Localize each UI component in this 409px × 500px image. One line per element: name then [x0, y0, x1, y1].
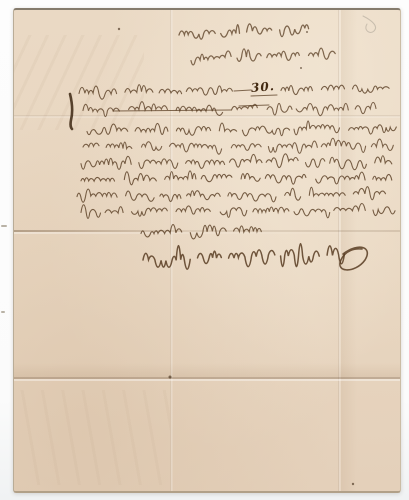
handwriting-line-body-1a [79, 85, 232, 100]
handwriting-line-body-5 [81, 154, 392, 170]
handwriting-line-body-2 [83, 102, 376, 117]
handwriting-line-body-1b [281, 85, 389, 94]
handwriting-line-header-dateline [191, 48, 335, 65]
handwriting-line-body-8 [81, 203, 395, 218]
handwriting-line-body-4 [83, 138, 393, 154]
pen-dash [113, 110, 231, 111]
handwriting-line-signature [143, 244, 344, 270]
handwriting-layer [14, 10, 400, 491]
pen-dash [234, 90, 251, 91]
handwriting-line-body-7 [77, 187, 386, 203]
ink-speck [169, 376, 172, 379]
pen-dash [239, 105, 269, 106]
background-speck [1, 311, 5, 313]
handwriting-line-closing [141, 225, 261, 239]
handwriting-line-header-recipient [179, 24, 309, 39]
ink-blot [70, 94, 72, 129]
background-speck [1, 225, 7, 227]
amount-text: 30. [250, 79, 275, 95]
handwriting-line-body-6 [81, 171, 392, 185]
letter-photo: 30. [0, 0, 409, 500]
ink-speck [352, 483, 354, 485]
pencil-scribble [363, 16, 376, 32]
pen-dash [251, 95, 277, 96]
ink-speck [300, 67, 302, 69]
ink-speck [306, 31, 308, 33]
letter-paper: 30. [13, 8, 401, 493]
handwriting-line-body-3 [87, 121, 396, 136]
ink-speck [118, 28, 120, 30]
